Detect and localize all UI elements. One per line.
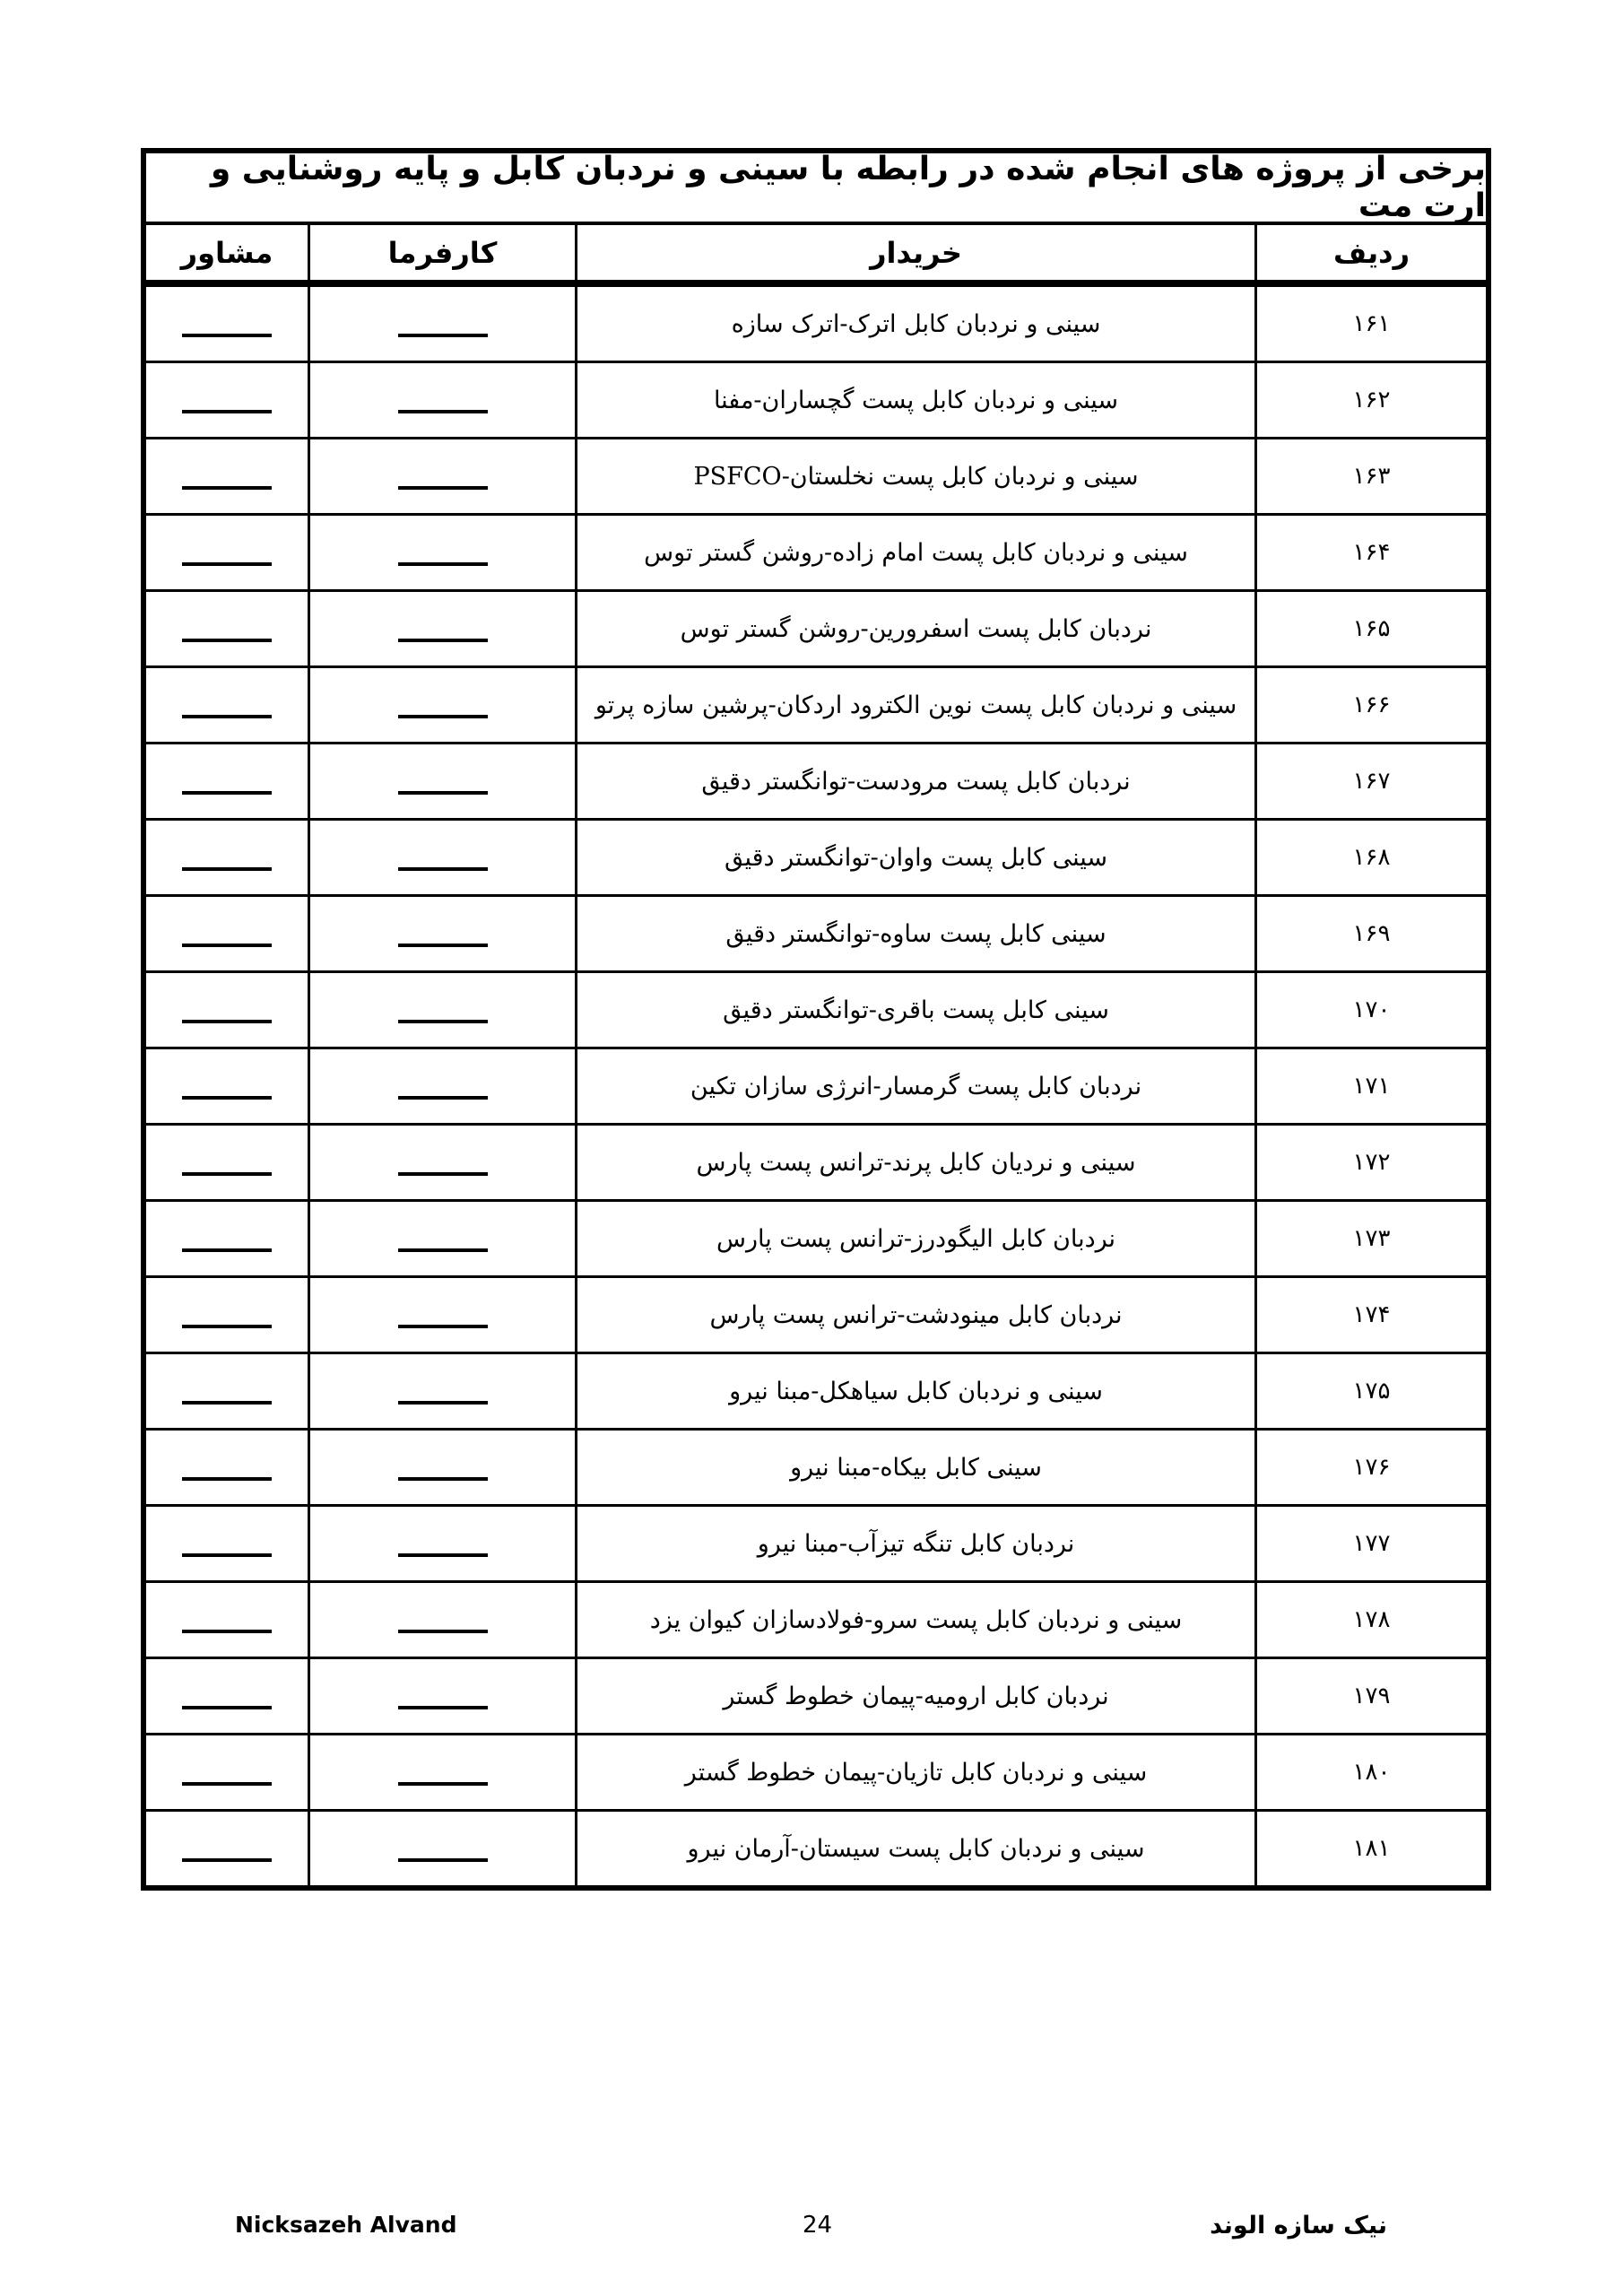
table-title: برخی از پروژه های انجام شده در رابطه با … <box>146 153 1486 225</box>
empty-dash <box>398 944 488 947</box>
empty-dash <box>182 639 272 642</box>
consultant-cell <box>146 1431 308 1507</box>
row-number-cell: ۱۷۳ <box>1254 1202 1486 1278</box>
empty-dash <box>182 715 272 718</box>
empty-dash <box>398 562 488 566</box>
empty-dash <box>182 1325 272 1328</box>
buyer-cell: سینی کابل پست ساوه-توانگستر دقیق <box>575 897 1254 973</box>
consultant-cell <box>146 1659 308 1735</box>
row-number-cell: ۱۷۶ <box>1254 1431 1486 1507</box>
empty-dash <box>398 1248 488 1252</box>
empty-dash <box>182 1477 272 1481</box>
empty-dash <box>398 1325 488 1328</box>
empty-dash <box>398 639 488 642</box>
page-footer: Nicksazeh Alvand 24 نیک سازه الوند <box>0 2212 1623 2248</box>
employer-cell <box>308 1583 575 1659</box>
row-number-cell: ۱۷۲ <box>1254 1126 1486 1202</box>
employer-cell <box>308 1659 575 1735</box>
consultant-cell <box>146 821 308 897</box>
empty-dash <box>398 486 488 490</box>
empty-dash <box>398 1630 488 1633</box>
empty-dash <box>182 1020 272 1023</box>
consultant-cell <box>146 1812 308 1885</box>
employer-cell <box>308 1431 575 1507</box>
empty-dash <box>398 791 488 795</box>
empty-dash <box>398 867 488 871</box>
row-number-cell: ۱۶۴ <box>1254 516 1486 592</box>
employer-cell <box>308 592 575 668</box>
employer-cell <box>308 363 575 439</box>
empty-dash <box>182 944 272 947</box>
empty-dash <box>398 1401 488 1405</box>
consultant-cell <box>146 744 308 821</box>
employer-cell <box>308 1354 575 1431</box>
empty-dash <box>182 1401 272 1405</box>
header-employer: کارفرما <box>308 225 575 287</box>
empty-dash <box>398 1096 488 1100</box>
consultant-cell <box>146 1126 308 1202</box>
empty-dash <box>398 1553 488 1557</box>
buyer-cell: سینی و نردیان کابل پرند-ترانس پست پارس <box>575 1126 1254 1202</box>
consultant-cell <box>146 1735 308 1812</box>
buyer-cell: سینی کابل پست باقری-توانگستر دقیق <box>575 973 1254 1049</box>
page-number: 24 <box>803 2212 832 2239</box>
empty-dash <box>182 1630 272 1633</box>
row-number-cell: ۱۷۸ <box>1254 1583 1486 1659</box>
consultant-cell <box>146 1354 308 1431</box>
employer-cell <box>308 668 575 744</box>
employer-cell <box>308 1049 575 1126</box>
empty-dash <box>398 1020 488 1023</box>
footer-company-persian: نیک سازه الوند <box>1210 2212 1387 2239</box>
employer-cell <box>308 821 575 897</box>
header-buyer: خریدار <box>575 225 1254 287</box>
buyer-cell: نردبان کابل تنگه تیزآب-مبنا نیرو <box>575 1507 1254 1583</box>
consultant-cell <box>146 973 308 1049</box>
buyer-cell: نردبان کابل الیگودرز-ترانس پست پارس <box>575 1202 1254 1278</box>
empty-dash <box>398 1782 488 1786</box>
buyer-cell: سینی و نردبان کابل پست امام زاده-روشن گس… <box>575 516 1254 592</box>
row-number-cell: ۱۷۱ <box>1254 1049 1486 1126</box>
employer-cell <box>308 973 575 1049</box>
empty-dash <box>398 1858 488 1862</box>
empty-dash <box>182 1706 272 1709</box>
buyer-cell: سینی کابل پست واوان-توانگستر دقیق <box>575 821 1254 897</box>
row-number-cell: ۱۷۰ <box>1254 973 1486 1049</box>
employer-cell <box>308 1507 575 1583</box>
empty-dash <box>398 1706 488 1709</box>
employer-cell <box>308 439 575 516</box>
header-row-number: ردیف <box>1254 225 1486 287</box>
buyer-cell: نردبان کابل پست مرودست-توانگستر دقیق <box>575 744 1254 821</box>
empty-dash <box>182 1553 272 1557</box>
empty-dash <box>182 1782 272 1786</box>
consultant-cell <box>146 897 308 973</box>
consultant-cell <box>146 439 308 516</box>
empty-dash <box>182 334 272 337</box>
empty-dash <box>182 1096 272 1100</box>
empty-dash <box>182 410 272 413</box>
empty-dash <box>182 1172 272 1176</box>
row-number-cell: ۱۶۷ <box>1254 744 1486 821</box>
row-number-cell: ۱۸۰ <box>1254 1735 1486 1812</box>
empty-dash <box>182 562 272 566</box>
employer-cell <box>308 897 575 973</box>
consultant-cell <box>146 1278 308 1354</box>
employer-cell <box>308 1735 575 1812</box>
consultant-cell <box>146 1507 308 1583</box>
empty-dash <box>182 486 272 490</box>
consultant-cell <box>146 668 308 744</box>
row-number-cell: ۱۶۸ <box>1254 821 1486 897</box>
row-number-cell: ۱۶۶ <box>1254 668 1486 744</box>
buyer-cell: سینی و نردبان کابل پست گچساران-مفنا <box>575 363 1254 439</box>
row-number-cell: ۱۷۵ <box>1254 1354 1486 1431</box>
empty-dash <box>182 1248 272 1252</box>
consultant-cell <box>146 1202 308 1278</box>
row-number-cell: ۱۷۴ <box>1254 1278 1486 1354</box>
employer-cell <box>308 1278 575 1354</box>
buyer-cell: سینی و نردبان کابل پست نوین الکترود اردک… <box>575 668 1254 744</box>
header-consultant: مشاور <box>146 225 308 287</box>
consultant-cell <box>146 1049 308 1126</box>
buyer-cell: نردبان کابل پست اسفرورین-روشن گستر توس <box>575 592 1254 668</box>
buyer-cell: سینی کابل بیکاه-مبنا نیرو <box>575 1431 1254 1507</box>
buyer-cell: نردبان کابل پست گرمسار-انرژی سازان تکین <box>575 1049 1254 1126</box>
row-number-cell: ۱۸۱ <box>1254 1812 1486 1885</box>
buyer-cell: سینی و نردبان کابل سیاهکل-مبنا نیرو <box>575 1354 1254 1431</box>
empty-dash <box>398 334 488 337</box>
buyer-cell: سینی و نردبان کابل تازیان-پیمان خطوط گست… <box>575 1735 1254 1812</box>
row-number-cell: ۱۶۳ <box>1254 439 1486 516</box>
row-number-cell: ۱۶۵ <box>1254 592 1486 668</box>
row-number-cell: ۱۶۲ <box>1254 363 1486 439</box>
empty-dash <box>182 867 272 871</box>
empty-dash <box>398 410 488 413</box>
row-number-cell: ۱۷۷ <box>1254 1507 1486 1583</box>
consultant-cell <box>146 516 308 592</box>
row-number-cell: ۱۶۱ <box>1254 287 1486 363</box>
row-number-cell: ۱۷۹ <box>1254 1659 1486 1735</box>
buyer-cell: سینی و نردبان کابل پست سرو-فولادسازان کی… <box>575 1583 1254 1659</box>
consultant-cell <box>146 363 308 439</box>
employer-cell <box>308 744 575 821</box>
empty-dash <box>398 1172 488 1176</box>
projects-table: برخی از پروژه های انجام شده در رابطه با … <box>141 148 1491 1891</box>
empty-dash <box>182 791 272 795</box>
employer-cell <box>308 1126 575 1202</box>
row-number-cell: ۱۶۹ <box>1254 897 1486 973</box>
employer-cell <box>308 1202 575 1278</box>
consultant-cell <box>146 592 308 668</box>
table-grid: ردیف خریدار کارفرما مشاور ۱۶۱سینی و نردب… <box>146 225 1486 1885</box>
footer-company-english: Nicksazeh Alvand <box>235 2212 456 2238</box>
consultant-cell <box>146 287 308 363</box>
employer-cell <box>308 516 575 592</box>
empty-dash <box>398 715 488 718</box>
empty-dash <box>182 1858 272 1862</box>
employer-cell <box>308 287 575 363</box>
buyer-cell: سینی و نردبان کابل پست سیستان-آرمان نیرو <box>575 1812 1254 1885</box>
buyer-cell: سینی و نردبان کابل پست نخلستان-PSFCO <box>575 439 1254 516</box>
consultant-cell <box>146 1583 308 1659</box>
employer-cell <box>308 1812 575 1885</box>
buyer-cell: نردبان کابل ارومیه-پیمان خطوط گستر <box>575 1659 1254 1735</box>
buyer-cell: سینی و نردبان کابل اترک-اترک سازه <box>575 287 1254 363</box>
empty-dash <box>398 1477 488 1481</box>
buyer-cell: نردبان کابل مینودشت-ترانس پست پارس <box>575 1278 1254 1354</box>
